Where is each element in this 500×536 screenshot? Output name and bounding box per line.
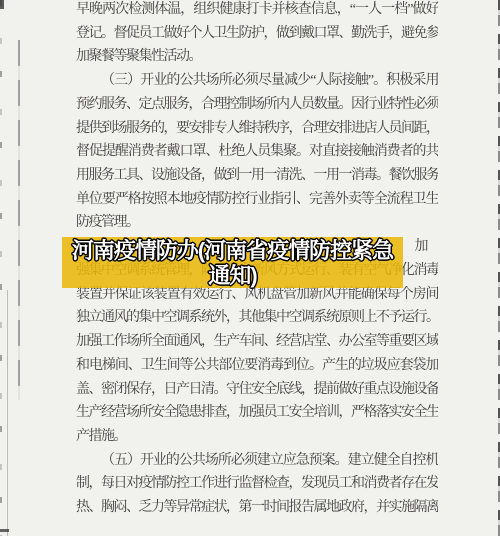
article-title-line-2: 通知)	[208, 263, 256, 288]
article-title-line-1: 河南疫情防办(河南省疫情防控紧急	[72, 238, 393, 263]
text-line: 产措施。	[76, 425, 438, 449]
text-line: 加聚餐等聚集性活动。	[76, 45, 438, 69]
text-line: 热、胸闷、乏力等异常症状，第一时间报告属地政府，并实施隔离、	[76, 496, 438, 520]
text-line: 盖、密闭保存，日产日清。守住安全底线，提前做好重点设施设备、	[76, 378, 438, 402]
text-line: 用服务工具、设施设备，做到一用一清洗、一用一消毒。餐饮服务	[76, 164, 438, 188]
text-line: 预约服务、定点服务，合理控制场所内人员数量。因行业特性必须	[76, 93, 438, 117]
text-line: 加强工作场所全面通风，生产车间、经营店堂、办公室等重要区域	[76, 330, 438, 354]
scan-left-faint-line	[7, 290, 8, 536]
text-line: （三）开业的公共场所必须尽量减少“人际接触”。积极采用	[76, 69, 438, 93]
scan-left-vertical-line	[18, 40, 20, 400]
text-line: 督促提醒消费者戴口罩、杜绝人员集聚。对直接接触消费者的共	[76, 140, 438, 164]
text-line: 单位要严格按照本地疫情防控行业指引、完善外卖等全流程卫生	[76, 188, 438, 212]
scan-left-edge-ticks	[0, 0, 2, 536]
scan-corner-mark	[0, 0, 4, 9]
text-line: 制，每日对疫情防控工作进行监督检查，发现员工和消费者存在发	[76, 472, 438, 496]
text-line: 登记。督促员工做好个人卫生防护，做到戴口罩、勤洗手，避免参	[76, 22, 438, 46]
text-line: 早晚两次检测体温，组织健康打卡并核查信息，“一人一档”做好	[76, 0, 438, 22]
text-line: （五）开业的公共场所必须建立应急预案。建立健全自控机	[76, 449, 438, 473]
scanned-document-page: 早晚两次检测体温，组织健康打卡并核查信息，“一人一档”做好 登记。督促员工做好个…	[0, 0, 500, 536]
text-line: 和电梯间、卫生间等公共部位要消毒到位。产生的垃圾应套袋加	[76, 354, 438, 378]
article-title-overlay: 河南疫情防办(河南省疫情防控紧急 通知)	[62, 237, 403, 288]
text-line: 提供到场服务的，要安排专人维持秩序，合理安排进店人员间距，	[76, 117, 438, 141]
text-line: 独立通风的集中空调系统外，其他集中空调系统原则上不予运行。	[76, 306, 438, 330]
text-line: 生产经营场所安全隐患排查，加强员工安全培训，严格落实安全生	[76, 401, 438, 425]
text-line: 防疫管理。	[76, 211, 438, 235]
scan-bottom-mark	[0, 529, 9, 532]
